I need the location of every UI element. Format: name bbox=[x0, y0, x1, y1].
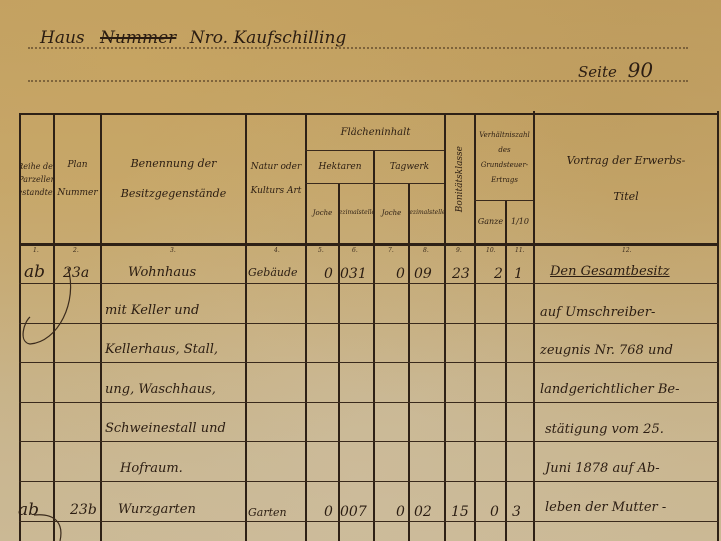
hline-row bbox=[19, 402, 719, 403]
col-header-6-label: Dezimalstellen bbox=[340, 208, 373, 218]
col-number: 1. bbox=[33, 247, 39, 254]
row-ha-decimal: 031 bbox=[340, 266, 367, 282]
remark-line: auf Umschreiber- bbox=[540, 305, 655, 320]
yield-group-header: Verhältniszahl des Grundsteuer-Ertrags bbox=[476, 116, 533, 200]
col-header-6: Dezimalstellen bbox=[340, 184, 373, 242]
page-label: Seite 90 bbox=[578, 58, 653, 82]
col-header-9-label: Bonitätsklasse bbox=[454, 146, 466, 212]
col-header-11: 1/10 bbox=[507, 201, 533, 242]
row-tw-decimal: 09 bbox=[414, 266, 432, 282]
col-number: 6. bbox=[352, 247, 358, 254]
area-group-header: Flächeninhalt bbox=[307, 115, 444, 150]
col-number: 5. bbox=[318, 247, 324, 254]
col-header-4: Natur oder Kulturs Art bbox=[247, 116, 305, 242]
title-struck-word: Nummer bbox=[100, 28, 176, 48]
col-number: 7. bbox=[388, 247, 394, 254]
row-description-line: Schweinestall und bbox=[105, 421, 226, 436]
col-header-7: Joche bbox=[375, 184, 408, 242]
row-yield-tenth: 1 bbox=[514, 266, 523, 282]
row-plan-number: 23a bbox=[63, 265, 89, 281]
col-header-5-label: Joche bbox=[313, 207, 333, 219]
row-description-line: Kellerhaus, Stall, bbox=[105, 342, 218, 357]
col-header-10: Ganze bbox=[476, 201, 505, 242]
row-description-line: mit Keller und bbox=[105, 303, 199, 318]
row-description-line: Wohnhaus bbox=[128, 265, 196, 280]
row-yield-tenth: 3 bbox=[512, 504, 521, 520]
col-header-12-label: Vortrag der Erwerbs-Titel bbox=[565, 143, 687, 215]
remark-line: landgerichtlicher Be- bbox=[540, 382, 680, 397]
sub-header-tagwerk-label: Tagwerk bbox=[390, 161, 429, 173]
row-ha-decimal: 007 bbox=[340, 504, 367, 520]
col-header-9: Bonitätsklasse bbox=[446, 116, 474, 242]
col-header-11-label: 1/10 bbox=[511, 216, 529, 228]
row-tw-decimal: 02 bbox=[414, 504, 432, 520]
sub-header-hektaren: Hektaren bbox=[307, 151, 373, 183]
title-prefix: Haus bbox=[40, 28, 85, 48]
row-tw-joch: 0 bbox=[396, 266, 405, 282]
remark-line: Juni 1878 auf Ab- bbox=[545, 461, 660, 476]
col-number: 12. bbox=[622, 247, 632, 254]
remark-line: Den Gesamtbesitz bbox=[550, 264, 670, 279]
row-yield-whole: 2 bbox=[494, 266, 503, 282]
sub-header-tagwerk: Tagwerk bbox=[375, 151, 444, 183]
title-line: Haus Nummer Nro. Kaufschilling bbox=[40, 28, 346, 48]
col-header-8-label: Dezimalstellen bbox=[410, 208, 444, 218]
row-class: 15 bbox=[451, 504, 469, 520]
sub-header-hektaren-label: Hektaren bbox=[318, 161, 361, 173]
row-culture-type: Gebäude bbox=[248, 266, 298, 279]
col-header-10-label: Ganze bbox=[478, 216, 503, 228]
col-header-2-label: Plan Nummer bbox=[55, 151, 100, 207]
row-culture-type: Garten bbox=[248, 506, 287, 519]
col-header-5: Joche bbox=[307, 184, 338, 242]
col-header-1-label: Reihe der Parzellen Bestandteile bbox=[21, 160, 53, 199]
hline-header-bottom bbox=[19, 243, 719, 246]
col-header-3-label: Benennung der Besitzgegenstände bbox=[102, 149, 245, 209]
row-class: 23 bbox=[452, 266, 470, 282]
dotted-line-1 bbox=[28, 47, 688, 49]
remark-line: leben der Mutter - bbox=[545, 500, 666, 515]
page-number: 90 bbox=[628, 58, 653, 82]
col-number: 2. bbox=[73, 247, 79, 254]
col-header-7-label: Joche bbox=[382, 207, 402, 219]
title-rest: Nro. Kaufschilling bbox=[190, 28, 347, 48]
hline-row bbox=[19, 521, 719, 522]
col-number: 3. bbox=[170, 247, 176, 254]
area-group-label: Flächeninhalt bbox=[341, 127, 411, 139]
row-description-line: ung, Waschhaus, bbox=[105, 382, 216, 397]
row-tw-joch: 0 bbox=[396, 504, 405, 520]
vline bbox=[505, 200, 507, 541]
bracket-curve-icon bbox=[30, 505, 70, 541]
remark-line: zeugnis Nr. 768 und bbox=[540, 343, 673, 358]
row-ha-joch: 0 bbox=[324, 504, 333, 520]
hline-row bbox=[19, 283, 719, 284]
row-plan-number: 23b bbox=[70, 502, 97, 518]
col-number: 4. bbox=[274, 247, 280, 254]
vline bbox=[717, 111, 719, 541]
col-header-4-label: Natur oder Kulturs Art bbox=[247, 155, 305, 203]
col-header-1: Reihe der Parzellen Bestandteile bbox=[21, 116, 53, 242]
page-label-text: Seite bbox=[578, 63, 617, 81]
row-yield-whole: 0 bbox=[490, 504, 499, 520]
row-ha-joch: 0 bbox=[324, 266, 333, 282]
col-number: 10. bbox=[486, 247, 496, 254]
col-header-12: Vortrag der Erwerbs-Titel bbox=[535, 116, 717, 242]
remark-line: stätigung vom 25. bbox=[545, 422, 664, 437]
col-number: 11. bbox=[515, 247, 525, 254]
col-header-8: Dezimalstellen bbox=[410, 184, 444, 242]
row-description-line: Wurzgarten bbox=[118, 502, 196, 517]
yield-group-label: Verhältniszahl des Grundsteuer-Ertrags bbox=[476, 128, 533, 188]
hline-row bbox=[19, 323, 719, 324]
hline-row bbox=[19, 362, 719, 363]
hline-row bbox=[19, 481, 719, 482]
hline-row bbox=[19, 441, 719, 442]
row-description-line: Hofraum. bbox=[120, 461, 183, 476]
col-header-3: Benennung der Besitzgegenstände bbox=[102, 116, 245, 242]
col-number: 9. bbox=[456, 247, 462, 254]
col-number: 8. bbox=[423, 247, 429, 254]
col-header-2: Plan Nummer bbox=[55, 116, 100, 242]
